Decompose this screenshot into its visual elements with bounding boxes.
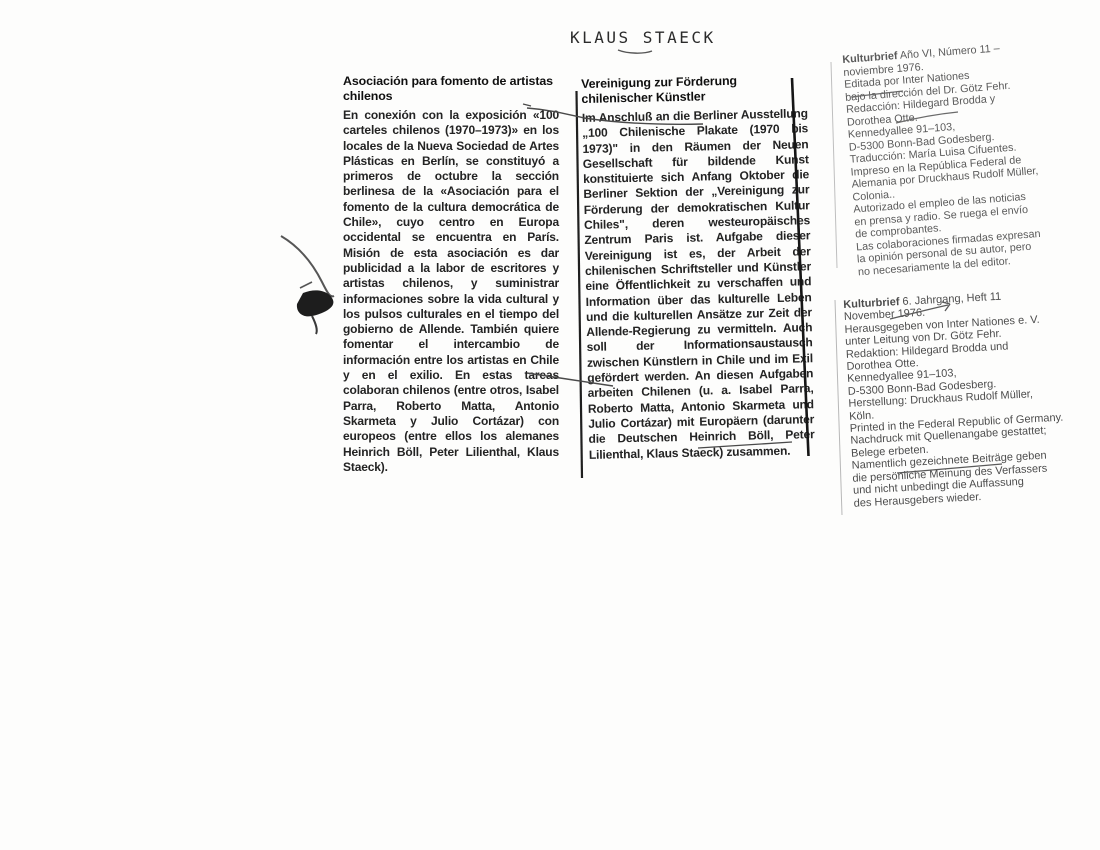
scanned-press-clipping-page: KLAUS STAECK Asociación para fomento de …	[0, 0, 1100, 850]
german-article-body: Im Anschluß an die Berliner Ausstellung …	[582, 106, 815, 462]
ink-blot-tail-mark	[312, 316, 317, 334]
ink-blot-mark	[297, 290, 334, 316]
column-rule-left	[577, 91, 583, 478]
page-title: KLAUS STAECK	[570, 28, 716, 47]
spanish-article-heading: Asociación para fomento de artistas chil…	[343, 74, 559, 104]
imprint-german-block: Kulturbrief 6. Jahrgang, Heft 11 Novembe…	[843, 285, 1100, 509]
imprint-german-lines: November 1976.Herausgegeben von Inter Na…	[844, 298, 1100, 510]
imprint-spanish-block: Kulturbrief Año VI, Número 11 – noviembr…	[842, 36, 1100, 279]
german-article-column: Vereinigung zur Förderung chilenischer K…	[581, 72, 815, 462]
imprint-german-edge-line	[835, 300, 842, 515]
spanish-article-column: Asociación para fomento de artistas chil…	[343, 74, 559, 475]
imprint-spanish-edge-line	[831, 62, 837, 268]
spanish-article-body: En conexión con la exposición «100 carte…	[343, 108, 559, 475]
title-underline-mark	[618, 50, 652, 53]
german-article-heading: Vereinigung zur Förderung chilenischer K…	[581, 72, 808, 107]
imprint-spanish-lines: noviembre 1976.Editada por Inter Natione…	[843, 48, 1100, 278]
margin-squiggle-mark	[281, 236, 334, 296]
ink-flick-mark	[300, 282, 312, 288]
